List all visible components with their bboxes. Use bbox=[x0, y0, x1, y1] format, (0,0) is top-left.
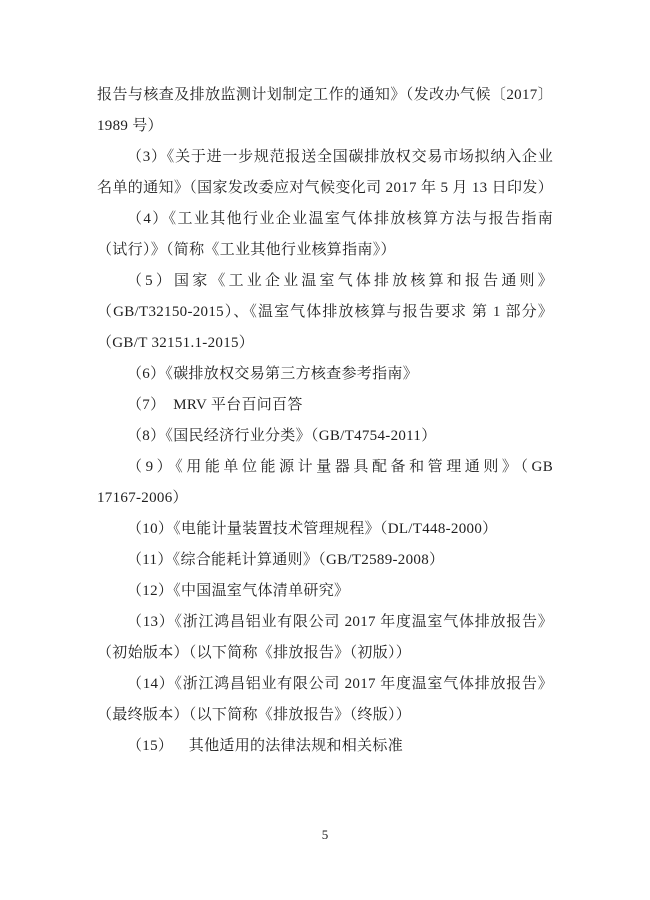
document-line: （6）《碳排放权交易第三方核查参考指南》 bbox=[97, 359, 553, 390]
document-line: （7） MRV 平台百问百答 bbox=[97, 390, 553, 421]
document-line: 名单的通知》（国家发改委应对气候变化司 2017 年 5 月 13 日印发） bbox=[97, 173, 553, 204]
document-line: （GB/T32150-2015）、《温室气体排放核算与报告要求 第 1 部分》 bbox=[97, 297, 553, 328]
document-line: （9）《用能单位能源计量器具配备和管理通则》（GB bbox=[97, 452, 553, 483]
document-line: （14）《浙江鸿昌铝业有限公司 2017 年度温室气体排放报告》 bbox=[97, 669, 553, 700]
document-line: （10）《电能计量装置技术管理规程》（DL/T448-2000） bbox=[97, 514, 553, 545]
document-line: （11）《综合能耗计算通则》（GB/T2589-2008） bbox=[97, 545, 553, 576]
document-line: （试行）》（简称《工业其他行业核算指南》） bbox=[97, 235, 553, 266]
document-line: （初始版本）（以下简称《排放报告》（初版）） bbox=[97, 638, 553, 669]
document-line: 17167-2006） bbox=[97, 483, 553, 514]
document-line: （GB/T 32151.1-2015） bbox=[97, 328, 553, 359]
document-body: 报告与核查及排放监测计划制定工作的通知》（发改办气候〔2017〕1989 号）（… bbox=[97, 80, 553, 762]
document-line: （5）国家《工业企业温室气体排放核算和报告通则》 bbox=[97, 266, 553, 297]
document-line: （15） 其他适用的法律法规和相关标准 bbox=[97, 731, 553, 762]
document-line: （最终版本）（以下简称《排放报告》（终版）） bbox=[97, 700, 553, 731]
document-line: 报告与核查及排放监测计划制定工作的通知》（发改办气候〔2017〕 bbox=[97, 80, 553, 111]
document-line: （8）《国民经济行业分类》（GB/T4754-2011） bbox=[97, 421, 553, 452]
document-page: 报告与核查及排放监测计划制定工作的通知》（发改办气候〔2017〕1989 号）（… bbox=[0, 0, 650, 900]
document-line: （12）《中国温室气体清单研究》 bbox=[97, 576, 553, 607]
document-line: （4）《工业其他行业企业温室气体排放核算方法与报告指南 bbox=[97, 204, 553, 235]
document-line: （13）《浙江鸿昌铝业有限公司 2017 年度温室气体排放报告》 bbox=[97, 607, 553, 638]
page-number: 5 bbox=[0, 826, 650, 844]
document-line: （3）《关于进一步规范报送全国碳排放权交易市场拟纳入企业 bbox=[97, 142, 553, 173]
document-line: 1989 号） bbox=[97, 111, 553, 142]
